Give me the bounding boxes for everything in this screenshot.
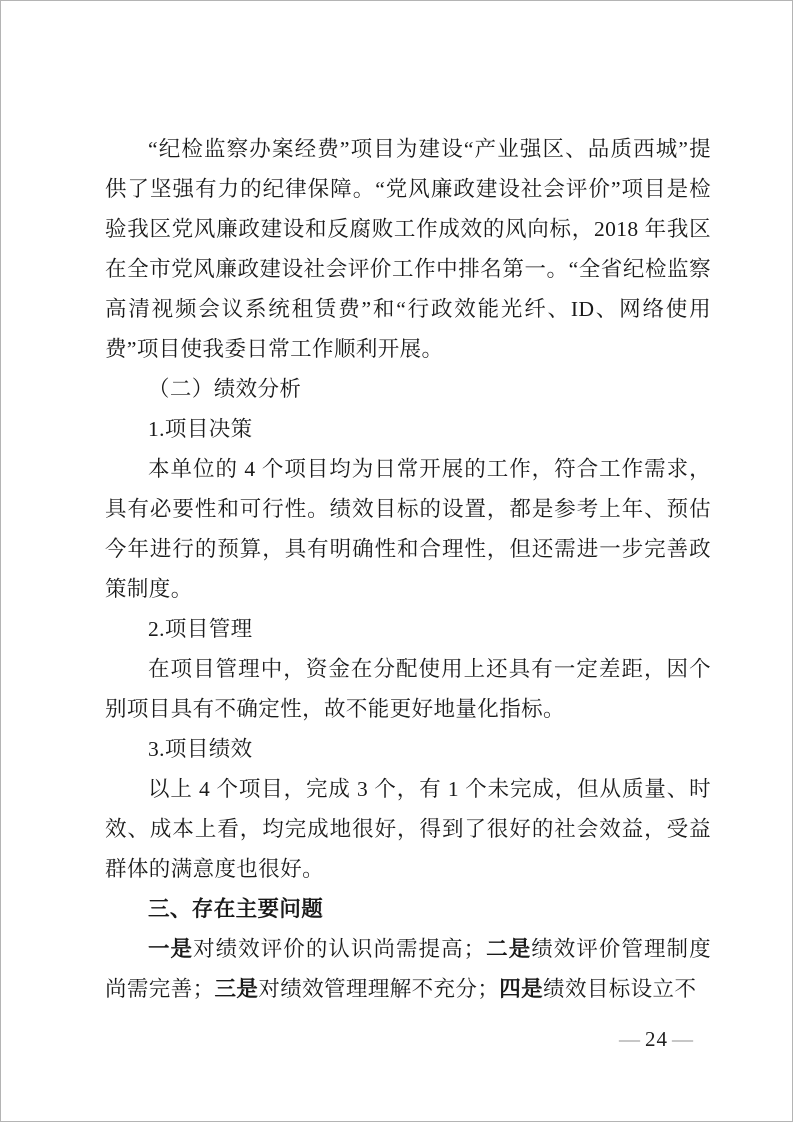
problem-marker-1: 一是 — [148, 937, 193, 961]
paragraph-project-management: 在项目管理中，资金在分配使用上还具有一定差距，因个别项目具有不确定性，故不能更好… — [105, 649, 711, 729]
problem-marker-4: 四是 — [499, 977, 543, 1001]
problem-marker-3: 三是 — [215, 977, 259, 1001]
page-number: —24— — [615, 1021, 698, 1057]
heading-section3-main-problems: 三、存在主要问题 — [105, 889, 711, 929]
paragraph-project-performance: 以上 4 个项目，完成 3 个，有 1 个未完成，但从质量、时效、成本上看，均完… — [105, 769, 711, 889]
paragraph-intro: “纪检监察办案经费”项目为建设“产业强区、品质西城”提供了坚强有力的纪律保障。“… — [105, 129, 711, 369]
document-body: “纪检监察办案经费”项目为建设“产业强区、品质西城”提供了坚强有力的纪律保障。“… — [105, 129, 711, 1009]
problem-text-4: 绩效目标设立不 — [543, 977, 696, 1001]
document-page: “纪检监察办案经费”项目为建设“产业强区、品质西城”提供了坚强有力的纪律保障。“… — [0, 0, 793, 1122]
subheading-project-decision: 1.项目决策 — [105, 409, 711, 449]
subheading-project-management: 2.项目管理 — [105, 609, 711, 649]
page-number-dash-right: — — [668, 1027, 698, 1051]
paragraph-problems: 一是对绩效评价的认识尚需提高；二是绩效评价管理制度尚需完善；三是对绩效管理理解不… — [105, 929, 711, 1009]
subheading-project-performance: 3.项目绩效 — [105, 729, 711, 769]
page-number-dash-left: — — [615, 1027, 645, 1051]
heading-section2-performance-analysis: （二）绩效分析 — [105, 369, 711, 409]
problem-text-1: 对绩效评价的认识尚需提高； — [193, 937, 485, 961]
problem-text-3: 对绩效管理理解不充分； — [258, 977, 499, 1001]
page-number-value: 24 — [645, 1027, 668, 1051]
paragraph-project-decision: 本单位的 4 个项目均为日常开展的工作，符合工作需求，具有必要性和可行性。绩效目… — [105, 449, 711, 609]
problem-marker-2: 二是 — [486, 937, 532, 961]
